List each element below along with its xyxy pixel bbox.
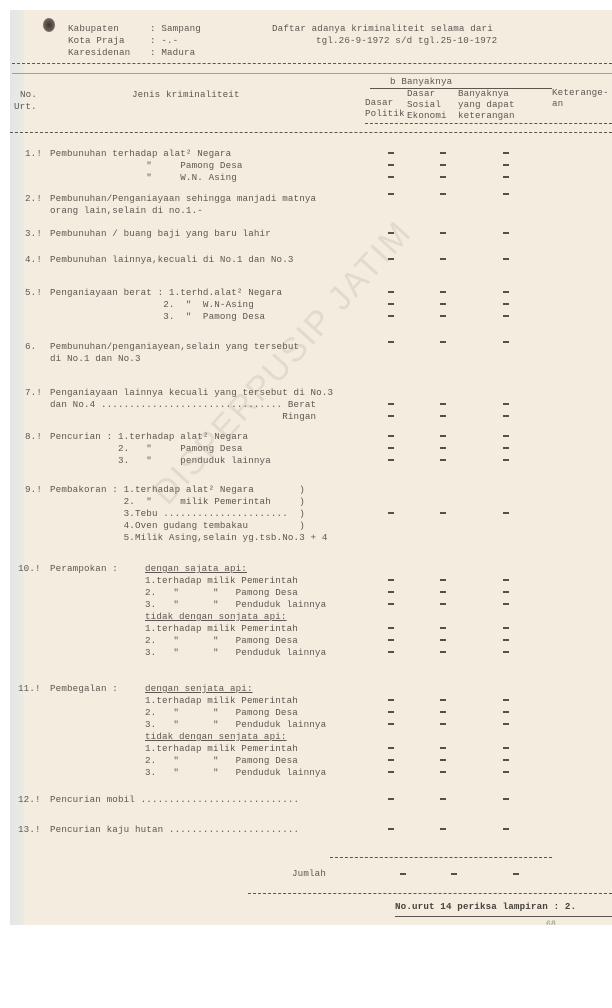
row-description: 2. " " Pamong Desa [145, 635, 298, 647]
value-cell [503, 711, 509, 713]
value-cell [503, 435, 509, 437]
value-cell [503, 291, 509, 293]
row-number: 9.! [25, 484, 42, 496]
value-cell [440, 639, 446, 641]
subgroup-title: dengan sajata api: [145, 563, 247, 575]
value-cell [388, 303, 394, 305]
row-description: 4.Oven gudang tembakau ) [50, 520, 305, 532]
row-description: 3. " " Penduduk lainnya [145, 599, 326, 611]
subgroup-title: tidak dengan sonjata api: [145, 611, 287, 623]
value-cell [388, 603, 394, 605]
value-cell [388, 771, 394, 773]
value-cell [440, 591, 446, 593]
row-description: 2. " " Pamong Desa [145, 707, 298, 719]
page-mark: 68 [546, 919, 556, 925]
col-header-banyaknya: b Banyaknya [390, 76, 452, 88]
row-description: dan No.4 ...............................… [50, 399, 316, 411]
row-description: " Pamong Desa [50, 160, 243, 172]
value-cell [388, 579, 394, 581]
value-cell [503, 164, 509, 166]
value-cell [388, 711, 394, 713]
value-cell [440, 798, 446, 800]
row-category-label: Pembegalan : [50, 683, 118, 695]
row-description: " W.N. Asing [50, 172, 237, 184]
value-cell [503, 771, 509, 773]
value-cell [440, 232, 446, 234]
header-value-kota-praja: : -.- [150, 35, 178, 47]
row-number: 12.! [18, 794, 41, 806]
value-cell [388, 828, 394, 830]
row-description: 2. " W.N-Asing [50, 299, 254, 311]
row-number: 2.! [25, 193, 42, 205]
value-cell [503, 591, 509, 593]
value-cell [503, 627, 509, 629]
document-page: Kabupaten : Sampang Kota Praja : -.- Kar… [10, 10, 612, 925]
row-description: 1.terhadap milik Pemerintah [145, 623, 298, 635]
value-cell [388, 512, 394, 514]
row-description: 2. " " Pamong Desa [145, 587, 298, 599]
row-description: Pembunuhan/Penganiayaan sehingga manjadi… [50, 193, 316, 205]
value-cell [440, 193, 446, 195]
value-cell [440, 771, 446, 773]
value-cell [388, 291, 394, 293]
value-cell [440, 711, 446, 713]
header-value-karesidenan: : Madura [150, 47, 195, 59]
value-cell [440, 435, 446, 437]
subgroup-title: tidak dengan senjata api: [145, 731, 287, 743]
row-number: 10.! [18, 563, 41, 575]
col-header-no: No. [20, 89, 37, 101]
value-cell [388, 315, 394, 317]
header-label-kota-praja: Kota Praja [68, 35, 125, 47]
header-label-karesidenan: Karesidenan [68, 47, 130, 59]
value-cell [440, 176, 446, 178]
value-cell [503, 258, 509, 260]
value-cell [388, 341, 394, 343]
value-cell [440, 341, 446, 343]
value-cell [503, 512, 509, 514]
value-cell [388, 176, 394, 178]
document-title-line2: tgl.26-9-1972 s/d tgl.25-10-1972 [316, 35, 497, 47]
value-cell [503, 152, 509, 154]
value-cell [388, 447, 394, 449]
total-value-politik [400, 873, 406, 875]
row-description: di No.1 dan No.3 [50, 353, 141, 365]
value-cell [503, 232, 509, 234]
value-cell [388, 627, 394, 629]
value-cell [503, 315, 509, 317]
value-cell [440, 403, 446, 405]
value-cell [388, 459, 394, 461]
value-cell [503, 699, 509, 701]
col-header-remarks-2: an [552, 98, 563, 110]
ink-stain [43, 18, 55, 32]
row-description: 1.terhadap milik Pemerintah [145, 743, 298, 755]
value-cell [503, 747, 509, 749]
row-description: 3. " " Penduduk lainnya [145, 767, 326, 779]
value-cell [440, 415, 446, 417]
row-description: 5.Milik Asing,selain yg.tsb.No.3 + 4 [50, 532, 328, 544]
header-sub-rule [365, 123, 612, 124]
col-header-keterangan-3: keterangan [458, 110, 515, 122]
value-cell [503, 639, 509, 641]
row-description: 3. " " Penduduk lainnya [145, 719, 326, 731]
value-cell [440, 459, 446, 461]
value-cell [440, 291, 446, 293]
value-cell [503, 341, 509, 343]
value-cell [503, 176, 509, 178]
row-category-label: Perampokan : [50, 563, 118, 575]
row-description: Pencurian kaju hutan ...................… [50, 824, 299, 836]
row-description: 3. " penduduk lainnya [50, 455, 271, 467]
value-cell [503, 651, 509, 653]
header-rule-2 [12, 73, 612, 74]
value-cell [503, 579, 509, 581]
value-cell [503, 415, 509, 417]
value-cell [440, 627, 446, 629]
header-value-kabupaten: : Sampang [150, 23, 201, 35]
header-label-kabupaten: Kabupaten [68, 23, 119, 35]
value-cell [440, 747, 446, 749]
value-cell [440, 315, 446, 317]
value-cell [440, 759, 446, 761]
document-title-line1: Daftar adanya kriminaliteit selama dari [272, 23, 493, 35]
value-cell [503, 403, 509, 405]
value-cell [440, 723, 446, 725]
col-header-jenis: Jenis kriminaliteit [132, 89, 240, 101]
value-cell [440, 603, 446, 605]
value-cell [440, 152, 446, 154]
col-header-dasar-politik-2: Politik [365, 108, 405, 120]
row-description: 1.terhadap milik Pemerintah [145, 575, 298, 587]
row-description: Pembunuhan terhadap alat² Negara [50, 148, 231, 160]
value-cell [388, 759, 394, 761]
row-description: orang lain,selain di no.1.- [50, 205, 203, 217]
total-value-keterangan [513, 873, 519, 875]
total-rule-bottom [248, 893, 612, 894]
value-cell [388, 152, 394, 154]
value-cell [503, 459, 509, 461]
row-number: 11.! [18, 683, 41, 695]
row-description: 3. " Pamong Desa [50, 311, 265, 323]
row-number: 3.! [25, 228, 42, 240]
row-description: Penganiayaan lainnya kecuali yang terseb… [50, 387, 333, 399]
value-cell [388, 747, 394, 749]
value-cell [503, 723, 509, 725]
value-cell [388, 723, 394, 725]
value-cell [388, 435, 394, 437]
table-header-rule [10, 132, 612, 133]
value-cell [503, 759, 509, 761]
row-number: 7.! [25, 387, 42, 399]
value-cell [388, 193, 394, 195]
value-cell [503, 303, 509, 305]
row-number: 8.! [25, 431, 42, 443]
row-description: Ringan [50, 411, 316, 423]
scan-edge [10, 10, 24, 925]
total-label: Jumlah [292, 868, 326, 880]
footnote: No.urut 14 periksa lampiran : 2. [395, 901, 576, 913]
row-number: 6. [25, 341, 36, 353]
row-description: Pembunuhan lainnya,kecuali di No.1 dan N… [50, 254, 294, 266]
value-cell [503, 447, 509, 449]
value-cell [440, 447, 446, 449]
row-description: Penganiayaan berat : 1.terhd.alat² Negar… [50, 287, 282, 299]
row-description: 1.terhadap milik Pemerintah [145, 695, 298, 707]
row-number: 4.! [25, 254, 42, 266]
value-cell [503, 603, 509, 605]
value-cell [440, 828, 446, 830]
value-cell [503, 828, 509, 830]
value-cell [388, 639, 394, 641]
value-cell [440, 258, 446, 260]
row-number: 1.! [25, 148, 42, 160]
value-cell [388, 651, 394, 653]
value-cell [503, 798, 509, 800]
row-description: Pembunuhan / buang baji yang baru lahir [50, 228, 271, 240]
value-cell [388, 591, 394, 593]
subgroup-title: dengan senjata api: [145, 683, 253, 695]
total-value-sosial [451, 873, 457, 875]
value-cell [440, 303, 446, 305]
value-cell [440, 651, 446, 653]
total-rule-top [330, 857, 552, 858]
value-cell [388, 164, 394, 166]
col-header-sosial-ekonomi-3: Ekonomi [407, 110, 447, 122]
value-cell [440, 512, 446, 514]
value-cell [388, 415, 394, 417]
row-description: 3. " " Penduduk lainnya [145, 647, 326, 659]
row-description: 2. " " Pamong Desa [145, 755, 298, 767]
footnote-underline [395, 916, 612, 917]
col-header-urt: Urt. [14, 101, 37, 113]
value-cell [388, 798, 394, 800]
row-description: Pembunuhan/penganiayean,selain yang ters… [50, 341, 299, 353]
row-description: Pencurian mobil ........................… [50, 794, 299, 806]
value-cell [440, 699, 446, 701]
value-cell [440, 579, 446, 581]
header-rule [12, 63, 612, 64]
value-cell [440, 164, 446, 166]
value-cell [388, 403, 394, 405]
row-number: 5.! [25, 287, 42, 299]
value-cell [388, 699, 394, 701]
value-cell [503, 193, 509, 195]
row-description: 3.Tebu ...................... ) [50, 508, 305, 520]
row-number: 13.! [18, 824, 41, 836]
